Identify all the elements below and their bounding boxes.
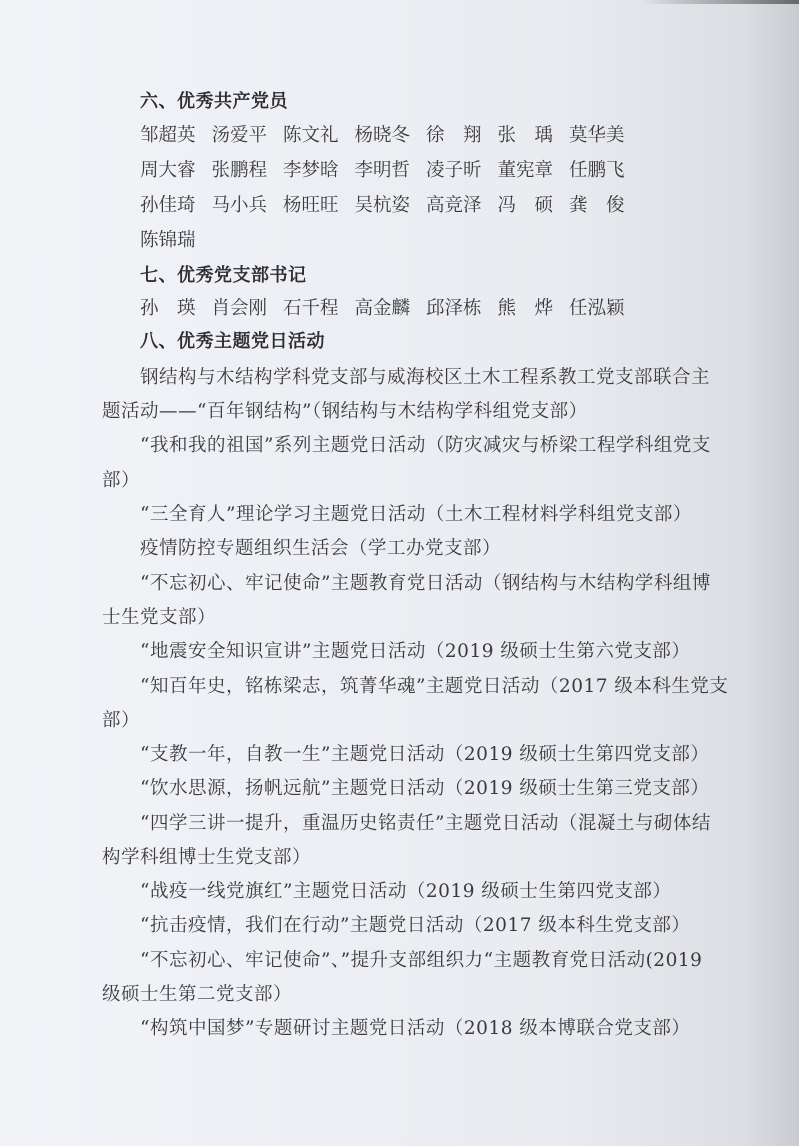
member-name: 莫华美 bbox=[569, 124, 641, 148]
member-name: 董宪章 bbox=[498, 159, 570, 183]
activity-item-continued: 部） bbox=[102, 469, 140, 493]
member-name: 张鹏程 bbox=[212, 159, 284, 183]
member-name: 周大睿 bbox=[140, 159, 212, 183]
activity-item-continued: 级硕士生第二党支部） bbox=[102, 983, 292, 1007]
secretary-name: 邱泽栋 bbox=[426, 297, 498, 321]
member-name: 李明哲 bbox=[355, 159, 427, 183]
member-name: 任鹏飞 bbox=[569, 159, 641, 183]
name-row: 陈锦瑞 bbox=[140, 229, 212, 253]
activity-item: “知百年史，铭栋梁志，筑菁华魂”主题党日活动（2017 级本科生党支 bbox=[140, 675, 728, 699]
member-name: 杨旺旺 bbox=[283, 194, 355, 218]
activity-item: “地震安全知识宣讲”主题党日活动（2019 级硕士生第六党支部） bbox=[140, 640, 690, 664]
member-name: 吴杭姿 bbox=[355, 194, 427, 218]
section-heading-excellent-secretaries: 七、优秀党支部书记 bbox=[140, 264, 307, 288]
activity-item: “四学三讲一提升，重温历史铭责任”主题党日活动（混凝土与砌体结 bbox=[140, 812, 711, 836]
document-page: 六、优秀共产党员 邹超英 汤爱平 陈文礼 杨晓冬 徐 翔 张 瑀 莫华美 周大睿… bbox=[0, 0, 799, 1146]
member-name: 张 瑀 bbox=[498, 124, 570, 148]
activity-item-continued: 题活动——“百年钢结构”（钢结构与木结构学科组党支部） bbox=[102, 400, 588, 424]
name-row: 邹超英 汤爱平 陈文礼 杨晓冬 徐 翔 张 瑀 莫华美 bbox=[140, 124, 641, 148]
activity-item: “抗击疫情，我们在行动”主题党日活动（2017 级本科生党支部） bbox=[140, 914, 690, 938]
activity-item: 钢结构与木结构学科党支部与威海校区土木工程系教工党支部联合主 bbox=[140, 366, 710, 390]
secretary-name: 肖会刚 bbox=[212, 297, 284, 321]
member-name: 李梦晗 bbox=[283, 159, 355, 183]
secretary-name: 石千程 bbox=[283, 297, 355, 321]
member-name: 汤爱平 bbox=[212, 124, 284, 148]
secretary-name: 熊 烨 bbox=[498, 297, 570, 321]
activity-item: 疫情防控专题组织生活会（学工办党支部） bbox=[140, 537, 501, 561]
secretary-name: 任泓颖 bbox=[569, 297, 641, 321]
activity-item-continued: 士生党支部） bbox=[102, 606, 216, 630]
activity-item-continued: 部） bbox=[102, 709, 140, 733]
name-row: 周大睿 张鹏程 李梦晗 李明哲 凌子昕 董宪章 任鹏飞 bbox=[140, 159, 641, 183]
member-name: 龚 俊 bbox=[569, 194, 641, 218]
member-name: 陈文礼 bbox=[283, 124, 355, 148]
name-row: 孙佳琦 马小兵 杨旺旺 吴杭姿 高竞泽 冯 硕 龚 俊 bbox=[140, 194, 641, 218]
activity-item: “战疫一线党旗红”主题党日活动（2019 级硕士生第四党支部） bbox=[140, 880, 671, 904]
activity-item: “不忘初心、牢记使命”、”提升支部组织力“主题教育党日活动(2019 bbox=[140, 949, 702, 973]
member-name: 高竞泽 bbox=[426, 194, 498, 218]
member-name: 马小兵 bbox=[212, 194, 284, 218]
member-name: 杨晓冬 bbox=[355, 124, 427, 148]
name-row: 孙 瑛 肖会刚 石千程 高金麟 邱泽栋 熊 烨 任泓颖 bbox=[140, 297, 641, 321]
section-heading-excellent-activities: 八、优秀主题党日活动 bbox=[140, 330, 325, 354]
member-name: 邹超英 bbox=[140, 124, 212, 148]
member-name: 陈锦瑞 bbox=[140, 229, 212, 253]
member-name: 徐 翔 bbox=[426, 124, 498, 148]
activity-item-continued: 构学科组博士生党支部） bbox=[102, 846, 311, 870]
member-name: 凌子昕 bbox=[426, 159, 498, 183]
secretary-name: 孙 瑛 bbox=[140, 297, 212, 321]
activity-item: “构筑中国梦”专题研讨主题党日活动（2018 级本博联合党支部） bbox=[140, 1017, 690, 1041]
member-name: 冯 硕 bbox=[498, 194, 570, 218]
section-heading-excellent-members: 六、优秀共产党员 bbox=[140, 90, 288, 114]
activity-item: “饮水思源，扬帆远航”主题党日活动（2019 级硕士生第三党支部） bbox=[140, 777, 709, 801]
activity-item: “不忘初心、牢记使命”主题教育党日活动（钢结构与木结构学科组博 bbox=[140, 572, 711, 596]
secretary-name: 高金麟 bbox=[355, 297, 427, 321]
member-name: 孙佳琦 bbox=[140, 194, 212, 218]
activity-item: “三全育人”理论学习主题党日活动（土木工程材料学科组党支部） bbox=[140, 503, 692, 527]
activity-item: “支教一年，自教一生”主题党日活动（2019 级硕士生第四党支部） bbox=[140, 743, 709, 767]
activity-item: “我和我的祖国”系列主题党日活动（防灾减灾与桥梁工程学科组党支 bbox=[140, 434, 711, 458]
